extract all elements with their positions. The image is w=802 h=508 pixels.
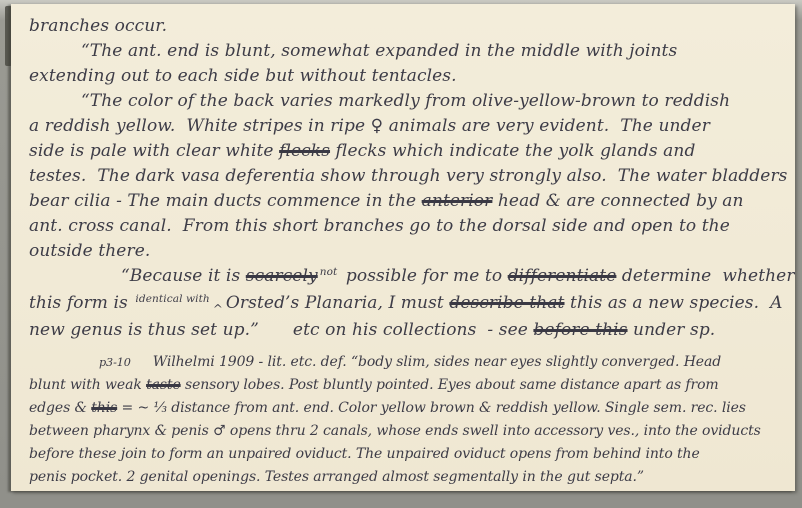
- scanner-background: branches occur.“The ant. end is blunt, s…: [0, 0, 802, 508]
- text-segment: this as a new species. A: [565, 293, 783, 313]
- handwritten-line: ant. cross canal. From this short branch…: [29, 214, 789, 239]
- handwritten-line: edges & this = ~ ⅓ distance from ant. en…: [29, 397, 789, 420]
- text-segment: possible for me to: [340, 266, 507, 286]
- text-segment: bear cilia - The main ducts commence in …: [29, 191, 422, 211]
- handwritten-line: extending out to each side but without t…: [29, 64, 789, 89]
- struck-out-text: before this: [533, 320, 627, 340]
- handwritten-line: testes. The dark vasa deferentia show th…: [29, 164, 789, 189]
- text-segment: Orsted’s Planaria, I must: [226, 293, 449, 313]
- text-segment: Wilhelmi 1909 - lit. etc. def. “body sli…: [153, 354, 721, 370]
- struck-out-text: this: [91, 400, 117, 416]
- text-segment: determine whether: [616, 266, 794, 286]
- struck-out-text: differentiate: [508, 266, 617, 286]
- text-segment: this form is: [29, 293, 133, 313]
- inserted-correction-text: identical with: [135, 293, 209, 305]
- handwritten-line: branches occur.: [29, 14, 789, 39]
- handwritten-line: “The ant. end is blunt, somewhat expande…: [29, 39, 789, 64]
- text-segment: a reddish yellow. White stripes in ripe …: [29, 116, 710, 136]
- text-segment: new genus is thus set up.”: [29, 320, 259, 340]
- handwritten-line: before these join to form an unpaired ov…: [29, 443, 789, 466]
- text-segment: “Because it is: [121, 266, 246, 286]
- text-segment: head & are connected by an: [492, 191, 743, 211]
- handwritten-line: new genus is thus set up.”etc on his col…: [29, 318, 789, 343]
- text-segment: testes. The dark vasa deferentia show th…: [29, 166, 788, 186]
- text-segment: branches occur.: [29, 16, 167, 36]
- text-segment: blunt with weak: [29, 377, 146, 393]
- struck-out-text: scarcely: [246, 266, 318, 286]
- card-lines: branches occur.“The ant. end is blunt, s…: [11, 4, 795, 491]
- text-segment: “The ant. end is blunt, somewhat expande…: [81, 41, 677, 61]
- struck-out-text: taste: [146, 377, 181, 393]
- index-card: branches occur.“The ant. end is blunt, s…: [11, 4, 795, 491]
- text-segment: flecks which indicate the yolk glands an…: [330, 141, 695, 161]
- struck-out-text: describe that: [449, 293, 564, 313]
- handwritten-line: outside there.: [29, 239, 789, 264]
- handwritten-line: p3-10Wilhelmi 1909 - lit. etc. def. “bod…: [29, 351, 789, 374]
- text-segment: before these join to form an unpaired ov…: [29, 446, 700, 462]
- text-segment: side is pale with clear white: [29, 141, 279, 161]
- text-segment: = ~ ⅓ distance from ant. end. Color yell…: [117, 400, 746, 416]
- struck-out-text: flecks: [279, 141, 330, 161]
- text-segment: edges &: [29, 400, 91, 416]
- text-segment: sensory lobes. Post bluntly pointed. Eye…: [181, 377, 719, 393]
- text-segment: outside there.: [29, 241, 150, 261]
- handwritten-line: “The color of the back varies markedly f…: [29, 89, 789, 114]
- text-segment: between pharynx & penis ♂ opens thru 2 c…: [29, 423, 761, 439]
- handwritten-line: penis pocket. 2 genital openings. Testes…: [29, 466, 789, 489]
- text-segment: under sp.: [628, 320, 716, 340]
- text-segment: penis pocket. 2 genital openings. Testes…: [29, 469, 644, 485]
- struck-out-text: anterior: [422, 191, 493, 211]
- text-segment: etc on his collections - see: [259, 320, 534, 340]
- handwritten-line: side is pale with clear white flecks fle…: [29, 139, 789, 164]
- handwritten-line: between pharynx & penis ♂ opens thru 2 c…: [29, 420, 789, 443]
- insertion-caret: ^: [213, 302, 223, 316]
- card-section: p3-10Wilhelmi 1909 - lit. etc. def. “bod…: [29, 351, 789, 489]
- handwritten-line: bear cilia - The main ducts commence in …: [29, 189, 789, 214]
- handwritten-line: this form is identical with^Orsted’s Pla…: [29, 291, 789, 318]
- handwritten-line: “Because it is scarcelynot possible for …: [29, 264, 789, 291]
- text-segment: “The color of the back varies markedly f…: [81, 91, 730, 111]
- handwritten-line: blunt with weak taste sensory lobes. Pos…: [29, 374, 789, 397]
- text-segment: extending out to each side but without t…: [29, 66, 457, 86]
- card-section: branches occur.“The ant. end is blunt, s…: [29, 14, 789, 343]
- margin-note: p3-10: [99, 356, 153, 369]
- inserted-correction-text: not: [320, 266, 338, 278]
- text-segment: ant. cross canal. From this short branch…: [29, 216, 730, 236]
- handwritten-line: a reddish yellow. White stripes in ripe …: [29, 114, 789, 139]
